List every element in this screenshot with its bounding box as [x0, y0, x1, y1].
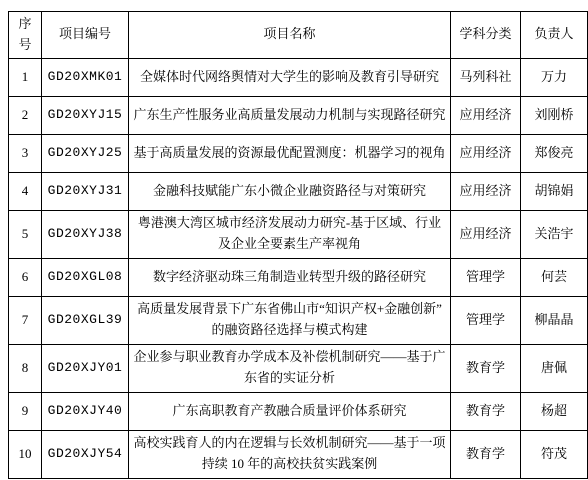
cell-leader: 胡锦娟: [521, 172, 588, 210]
cell-code: GD20XJY40: [42, 392, 129, 430]
cell-index: 7: [9, 296, 42, 344]
table-row: 9 GD20XJY40 广东高职教育产教融合质量评价体系研究 教育学 杨超: [9, 392, 588, 430]
cell-category: 教育学: [451, 344, 521, 392]
cell-leader: 郑俊亮: [521, 134, 588, 172]
cell-name: 全媒体时代网络舆情对大学生的影响及教育引导研究: [129, 58, 451, 96]
cell-category: 应用经济: [451, 134, 521, 172]
col-header-code: 项目编号: [42, 12, 129, 59]
cell-category: 应用经济: [451, 96, 521, 134]
cell-category: 马列科社: [451, 58, 521, 96]
cell-index: 1: [9, 58, 42, 96]
cell-leader: 关浩宇: [521, 210, 588, 258]
cell-category: 管理学: [451, 296, 521, 344]
cell-category: 教育学: [451, 392, 521, 430]
table-row: 8 GD20XJY01 企业参与职业教育办学成本及补偿机制研究——基于广东省的实…: [9, 344, 588, 392]
col-header-category: 学科分类: [451, 12, 521, 59]
cell-index: 5: [9, 210, 42, 258]
cell-code: GD20XGL08: [42, 258, 129, 296]
cell-name: 金融科技赋能广东小微企业融资路径与对策研究: [129, 172, 451, 210]
cell-code: GD20XMK01: [42, 58, 129, 96]
cell-name: 粤港澳大湾区城市经济发展动力研究-基于区域、行业及企业全要素生产率视角: [129, 210, 451, 258]
cell-code: GD20XYJ31: [42, 172, 129, 210]
cell-category: 应用经济: [451, 210, 521, 258]
cell-leader: 符茂: [521, 430, 588, 478]
cell-name: 基于高质量发展的资源最优配置测度：机器学习的视角: [129, 134, 451, 172]
cell-index: 8: [9, 344, 42, 392]
cell-index: 6: [9, 258, 42, 296]
cell-index: 4: [9, 172, 42, 210]
cell-code: GD20XJY01: [42, 344, 129, 392]
cell-name: 广东高职教育产教融合质量评价体系研究: [129, 392, 451, 430]
cell-leader: 唐佩: [521, 344, 588, 392]
cell-name: 数字经济驱动珠三角制造业转型升级的路径研究: [129, 258, 451, 296]
cell-name: 高校实践育人的内在逻辑与长效机制研究——基于一项持续 10 年的高校扶贫实践案例: [129, 430, 451, 478]
cell-index: 3: [9, 134, 42, 172]
cell-leader: 万力: [521, 58, 588, 96]
cell-index: 9: [9, 392, 42, 430]
cell-leader: 柳晶晶: [521, 296, 588, 344]
cell-index: 10: [9, 430, 42, 478]
cell-name: 广东生产性服务业高质量发展动力机制与实现路径研究: [129, 96, 451, 134]
col-header-index: 序号: [9, 12, 42, 59]
col-header-leader: 负责人: [521, 12, 588, 59]
table-row: 4 GD20XYJ31 金融科技赋能广东小微企业融资路径与对策研究 应用经济 胡…: [9, 172, 588, 210]
cell-code: GD20XYJ15: [42, 96, 129, 134]
cell-category: 教育学: [451, 430, 521, 478]
header-row: 序号 项目编号 项目名称 学科分类 负责人: [9, 12, 588, 59]
cell-category: 管理学: [451, 258, 521, 296]
table-row: 10 GD20XJY54 高校实践育人的内在逻辑与长效机制研究——基于一项持续 …: [9, 430, 588, 478]
cell-code: GD20XJY54: [42, 430, 129, 478]
cell-name: 企业参与职业教育办学成本及补偿机制研究——基于广东省的实证分析: [129, 344, 451, 392]
table-row: 5 GD20XYJ38 粤港澳大湾区城市经济发展动力研究-基于区域、行业及企业全…: [9, 210, 588, 258]
table-row: 6 GD20XGL08 数字经济驱动珠三角制造业转型升级的路径研究 管理学 何芸: [9, 258, 588, 296]
table-row: 2 GD20XYJ15 广东生产性服务业高质量发展动力机制与实现路径研究 应用经…: [9, 96, 588, 134]
cell-leader: 何芸: [521, 258, 588, 296]
cell-index: 2: [9, 96, 42, 134]
cell-code: GD20XYJ38: [42, 210, 129, 258]
projects-table: 序号 项目编号 项目名称 学科分类 负责人 1 GD20XMK01 全媒体时代网…: [8, 11, 588, 479]
cell-code: GD20XYJ25: [42, 134, 129, 172]
col-header-name: 项目名称: [129, 12, 451, 59]
cell-leader: 杨超: [521, 392, 588, 430]
cell-name: 高质量发展背景下广东省佛山市“知识产权+金融创新”的融资路径选择与模式构建: [129, 296, 451, 344]
cell-category: 应用经济: [451, 172, 521, 210]
table-row: 3 GD20XYJ25 基于高质量发展的资源最优配置测度：机器学习的视角 应用经…: [9, 134, 588, 172]
cell-code: GD20XGL39: [42, 296, 129, 344]
table-row: 1 GD20XMK01 全媒体时代网络舆情对大学生的影响及教育引导研究 马列科社…: [9, 58, 588, 96]
table-row: 7 GD20XGL39 高质量发展背景下广东省佛山市“知识产权+金融创新”的融资…: [9, 296, 588, 344]
cell-leader: 刘刚桥: [521, 96, 588, 134]
